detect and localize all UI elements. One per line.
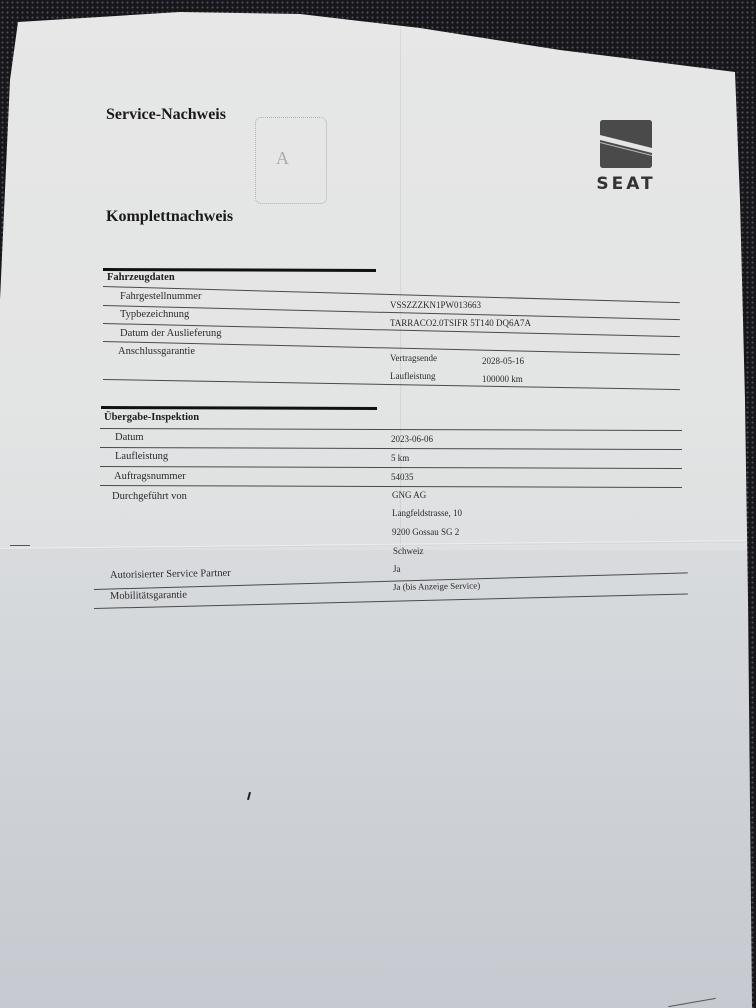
row-divider [100,428,682,431]
row-divider [100,485,682,488]
stamp-text: A [276,148,290,169]
label-durchgefuehrt-von: Durchgeführt von [112,491,187,502]
label-mobilitaetsgarantie: Mobilitätsgarantie [110,590,187,602]
label-datum-auslieferung: Datum der Auslieferung [120,328,221,339]
section-heading-fahrzeugdaten: Fahrzeugdaten [107,272,175,283]
fold-line-horizontal [0,540,756,550]
value-durchgefuehrt-von: GNG AG [392,490,426,500]
value-laufleistung: 5 km [391,453,409,463]
row-divider [100,447,682,450]
address-city: 9200 Gossau SG 2 [392,527,459,537]
value-auftragsnummer: 54035 [391,472,414,482]
label-datum: Datum [115,432,144,443]
value-fahrgestellnummer: VSSZZZKN1PW013663 [390,300,481,310]
label-auftragsnummer: Auftragsnummer [114,471,186,482]
label-laufleistung: Laufleistung [115,451,168,462]
label-fahrgestellnummer: Fahrgestellnummer [120,291,201,302]
address-street: Langfeldstrasse, 10 [392,508,462,518]
stamp-icon: A [255,117,327,204]
paper-lower-shade [0,550,756,1008]
label-vertragsende: Vertragsende [390,353,437,363]
paper-sheet: Service-Nachweis A Komplettnachweis SEAT… [0,0,756,1008]
section-rule [101,406,377,410]
seat-s-logo-icon [600,120,652,168]
edge-mark [10,545,30,546]
value-autorisierter-service-partner: Ja [393,564,401,574]
value-mobilitaetsgarantie: Ja (bis Anzeige Service) [393,580,480,592]
label-laufleistung-garantie: Laufleistung [390,371,436,381]
document-subtitle: Komplettnachweis [106,208,233,226]
address-country: Schweiz [393,546,424,556]
value-vertragsende: 2028-05-16 [482,356,524,366]
row-divider [100,466,682,469]
label-anschlussgarantie: Anschlussgarantie [118,346,195,357]
value-laufleistung-garantie: 100000 km [482,374,523,384]
brand-name: SEAT [581,174,671,194]
document-title: Service-Nachweis [106,106,226,124]
fold-line-vertical [400,10,401,550]
value-typbezeichnung: TARRACO2.0TSIFR 5T140 DQ6A7A [390,318,531,328]
label-typbezeichnung: Typbezeichnung [120,309,189,320]
label-autorisierter-service-partner: Autorisierter Service Partner [110,568,231,581]
section-heading-uebergabe: Übergabe-Inspektion [104,412,199,423]
value-datum: 2023-06-06 [391,434,433,444]
